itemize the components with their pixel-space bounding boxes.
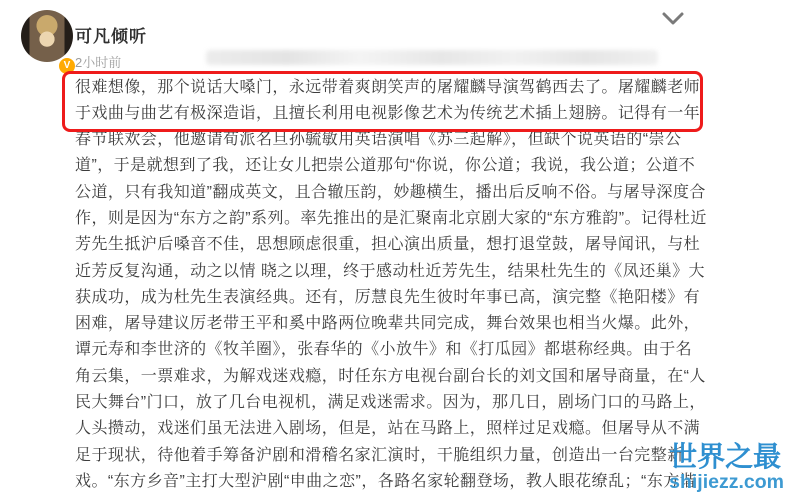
post-text-line: 戏。“东方乡音”主打大型沪剧“申曲之恋”，各路名家轮翻登场，教人眼花缭乱；“东方…	[75, 469, 707, 495]
redacted-source-blur	[206, 50, 658, 65]
post-text-line: 困难，屠导建议厉老带王平和奚中路两位晚辈共同完成，舞台效果也相当火爆。此外，	[75, 311, 707, 337]
site-watermark: 世界之最 shijiezz.com	[669, 443, 784, 493]
post-text-line: 谭元寿和李世济的《牧羊圈》，张春华的《小放牛》和《打瓜园》都堪称经典。由于名	[75, 337, 707, 363]
post-text-line: 作，则是因为“东方之韵”系列。率先推出的是汇聚南北京剧大家的“东方雅韵”。记得杜…	[75, 206, 707, 232]
post-text-line: 人头攒动，戏迷们虽无法进入剧场，但是，站在马路上，照样过足戏瘾。但屠导从不满	[75, 416, 707, 442]
avatar[interactable]	[21, 10, 73, 62]
watermark-title: 世界之最	[669, 443, 784, 471]
timestamp: 2小时前	[75, 52, 121, 71]
watermark-domain: shijiezz.com	[669, 473, 784, 493]
post-card: V 可凡倾听 2小时前 很难想像，那个说话大嗓门，永远带着爽朗笑声的屠耀麟导演驾…	[0, 0, 793, 499]
post-text-line: 芳先生抵沪后嗓音不佳，思想顾虑很重，担心演出质量，想打退堂鼓，屠导闻讯，与杜	[75, 232, 707, 258]
post-text-line: 很难想像，那个说话大嗓门，永远带着爽朗笑声的屠耀麟导演驾鹤西去了。屠耀麟老师	[75, 75, 707, 101]
post-text-line: 获成功，成为杜先生表演经典。还有，厉慧良先生彼时年事已高，演完整《艳阳楼》有	[75, 285, 707, 311]
post-text-line: 近芳反复沟通，动之以情 晓之以理，终于感动杜近芳先生，结果杜先生的《凤还巢》大	[75, 259, 707, 285]
username[interactable]: 可凡倾听	[75, 22, 147, 47]
post-text-line: 道”，于是就想到了我，还让女儿把崇公道那句“你说，你公道；我说，我公道；公道不	[75, 153, 707, 179]
post-body: 很难想像，那个说话大嗓门，永远带着爽朗笑声的屠耀麟导演驾鹤西去了。屠耀麟老师 于…	[75, 75, 707, 496]
post-text-line: 民大舞台”门口，放了几台电视机，满足戏迷需求。因为，那几日，剧场门口的马路上，	[75, 390, 707, 416]
post-text-line: 春节联欢会，他邀请荀派名旦孙毓敏用英语演唱《苏三起解》，但缺个说英语的“崇公	[75, 127, 707, 153]
post-text-line: 足于现状，待他着手筹备沪剧和滑稽名家汇演时，干脆组织力量，创造出一台完整新	[75, 443, 707, 469]
chevron-down-icon[interactable]	[660, 10, 686, 28]
post-text-line: 公道，只有我知道”翻成英文，且合辙压韵，妙趣横生，播出后反响不俗。与屠导深度合	[75, 180, 707, 206]
post-text-line: 于戏曲与曲艺有极深造诣，且擅长利用电视影像艺术为传统艺术插上翅膀。记得有一年	[75, 101, 707, 127]
post-text-line: 角云集，一票难求，为解戏迷戏瘾，时任东方电视台副台长的刘文国和屠导商量，在“人	[75, 364, 707, 390]
verified-badge-icon: V	[57, 56, 77, 76]
